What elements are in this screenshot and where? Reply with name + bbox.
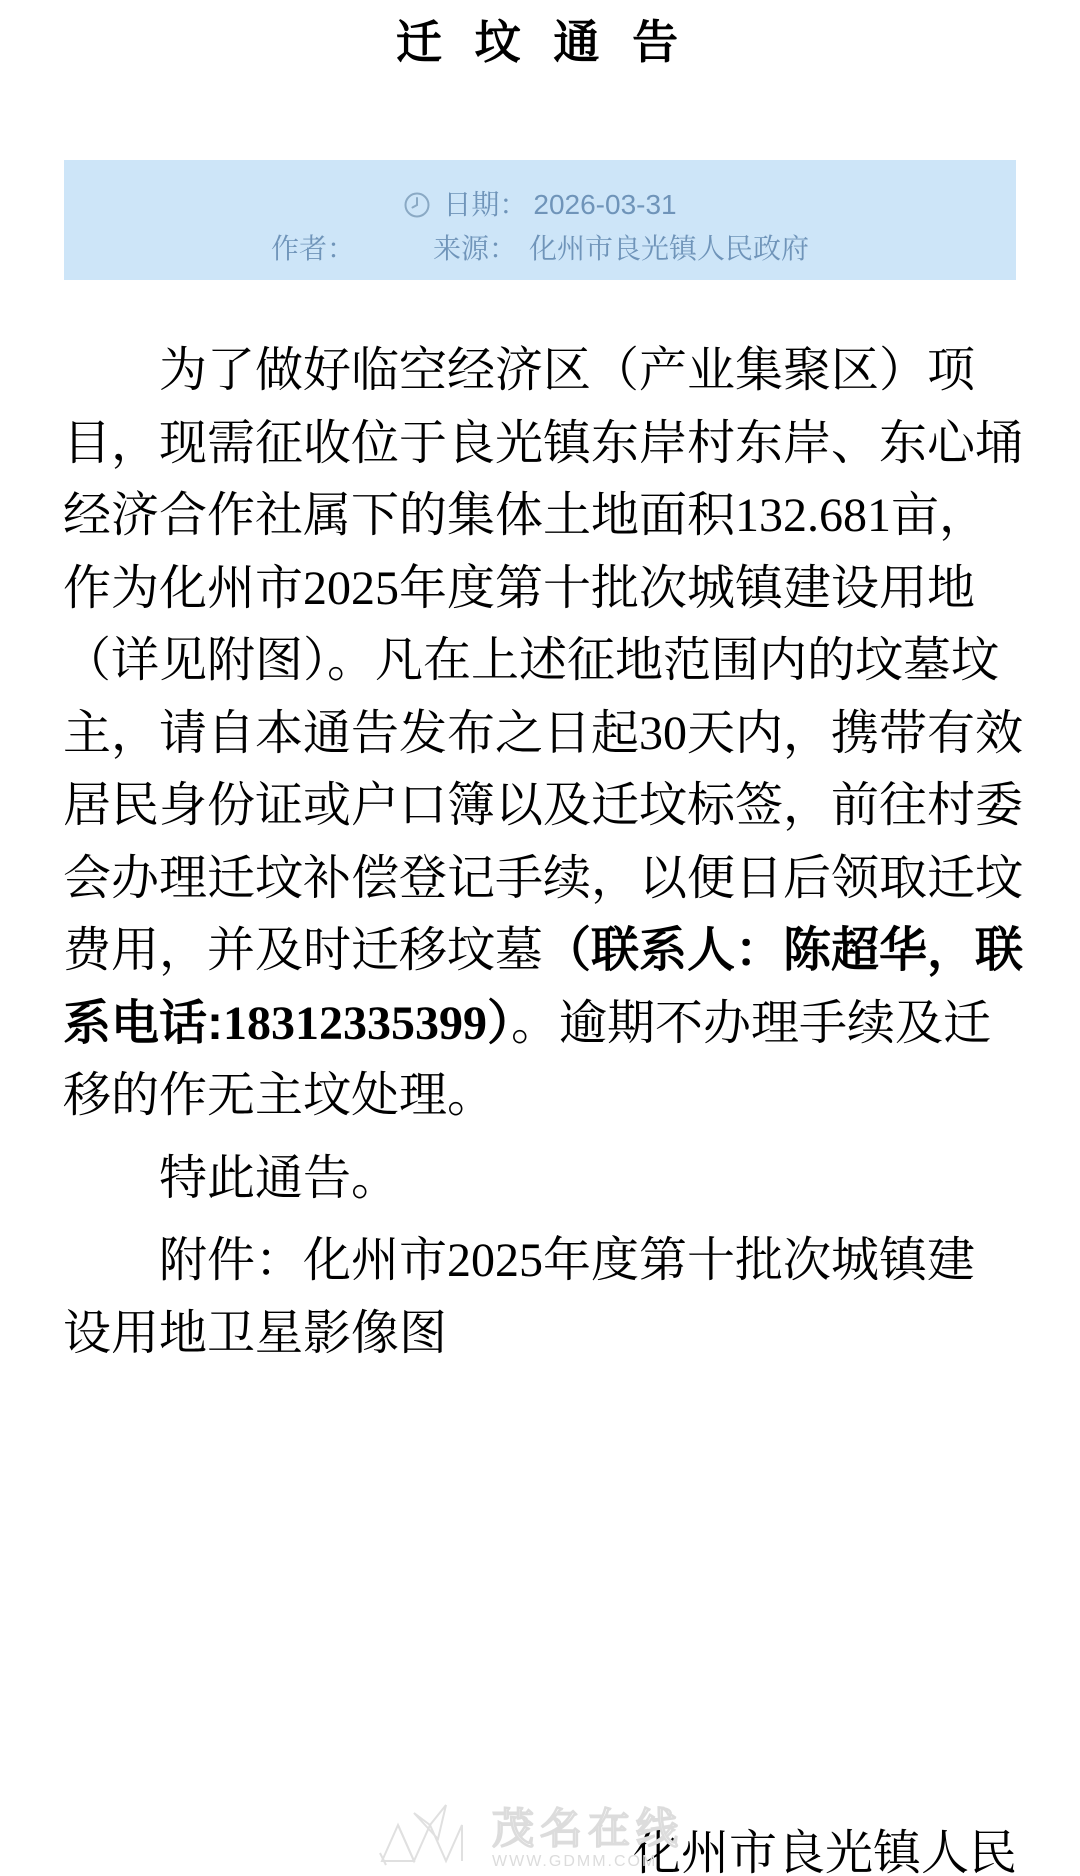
body-line: 居民身份证或户口簿以及迁坟标签，前往村委 <box>63 770 1017 843</box>
notice-page: 迁 坟 通 告 日期： 2026-03-31 作者： 来源： 化州市良光镇人民政… <box>0 0 1080 1876</box>
body-line: （详见附图）。凡在上述征地范围内的坟墓坟 <box>63 625 1017 698</box>
body-line: 会办理迁坟补偿登记手续，以便日后领取迁坟 <box>63 843 1017 916</box>
maoming-watermark-logo-icon <box>378 1795 482 1872</box>
body-line: 附件：化州市2025年度第十批次城镇建 <box>63 1225 1017 1298</box>
body-line: 费用，并及时迁移坟墓（联系人：陈超华，联 <box>63 915 1017 988</box>
clock-icon <box>403 191 431 219</box>
page-title: 迁 坟 通 告 <box>0 0 1080 72</box>
body-line: 主，请自本通告发布之日起30天内，携带有效 <box>63 698 1017 771</box>
meta-author-row: 作者： 来源： 化州市良光镇人民政府 <box>64 232 1016 266</box>
meta-bar: 日期： 2026-03-31 作者： 来源： 化州市良光镇人民政府 <box>64 160 1016 280</box>
body-line: 移的作无主坟处理。 <box>63 1060 1017 1133</box>
watermark: 茂名在线 WWW.GDMM.COM <box>378 1795 684 1872</box>
date-value: 2026-03-31 <box>533 188 676 222</box>
watermark-text: 茂名在线 WWW.GDMM.COM <box>492 1806 684 1872</box>
author-label: 作者： <box>271 232 355 266</box>
watermark-url: WWW.GDMM.COM <box>492 1852 657 1872</box>
body-line: 系电话:18312335399）。逾期不办理手续及迁 <box>63 988 1017 1061</box>
body-line: 特此通告。 <box>63 1143 1017 1216</box>
body-line: 经济合作社属下的集体土地面积132.681亩， <box>63 480 1017 553</box>
meta-date-row: 日期： 2026-03-31 <box>64 188 1016 222</box>
source-value: 化州市良光镇人民政府 <box>529 232 809 266</box>
watermark-site-name: 茂名在线 <box>492 1806 684 1852</box>
body-line: 作为化州市2025年度第十批次城镇建设用地 <box>63 553 1017 626</box>
body-line: 设用地卫星影像图 <box>63 1298 1017 1371</box>
body-line: 目，现需征收位于良光镇东岸村东岸、东心埇 <box>63 408 1017 481</box>
notice-body: 为了做好临空经济区（产业集聚区）项目，现需征收位于良光镇东岸村东岸、东心埇经济合… <box>63 335 1017 1370</box>
body-line: 为了做好临空经济区（产业集聚区）项 <box>63 335 1017 408</box>
date-label: 日期： <box>443 188 527 222</box>
source-label: 来源： <box>433 232 517 266</box>
